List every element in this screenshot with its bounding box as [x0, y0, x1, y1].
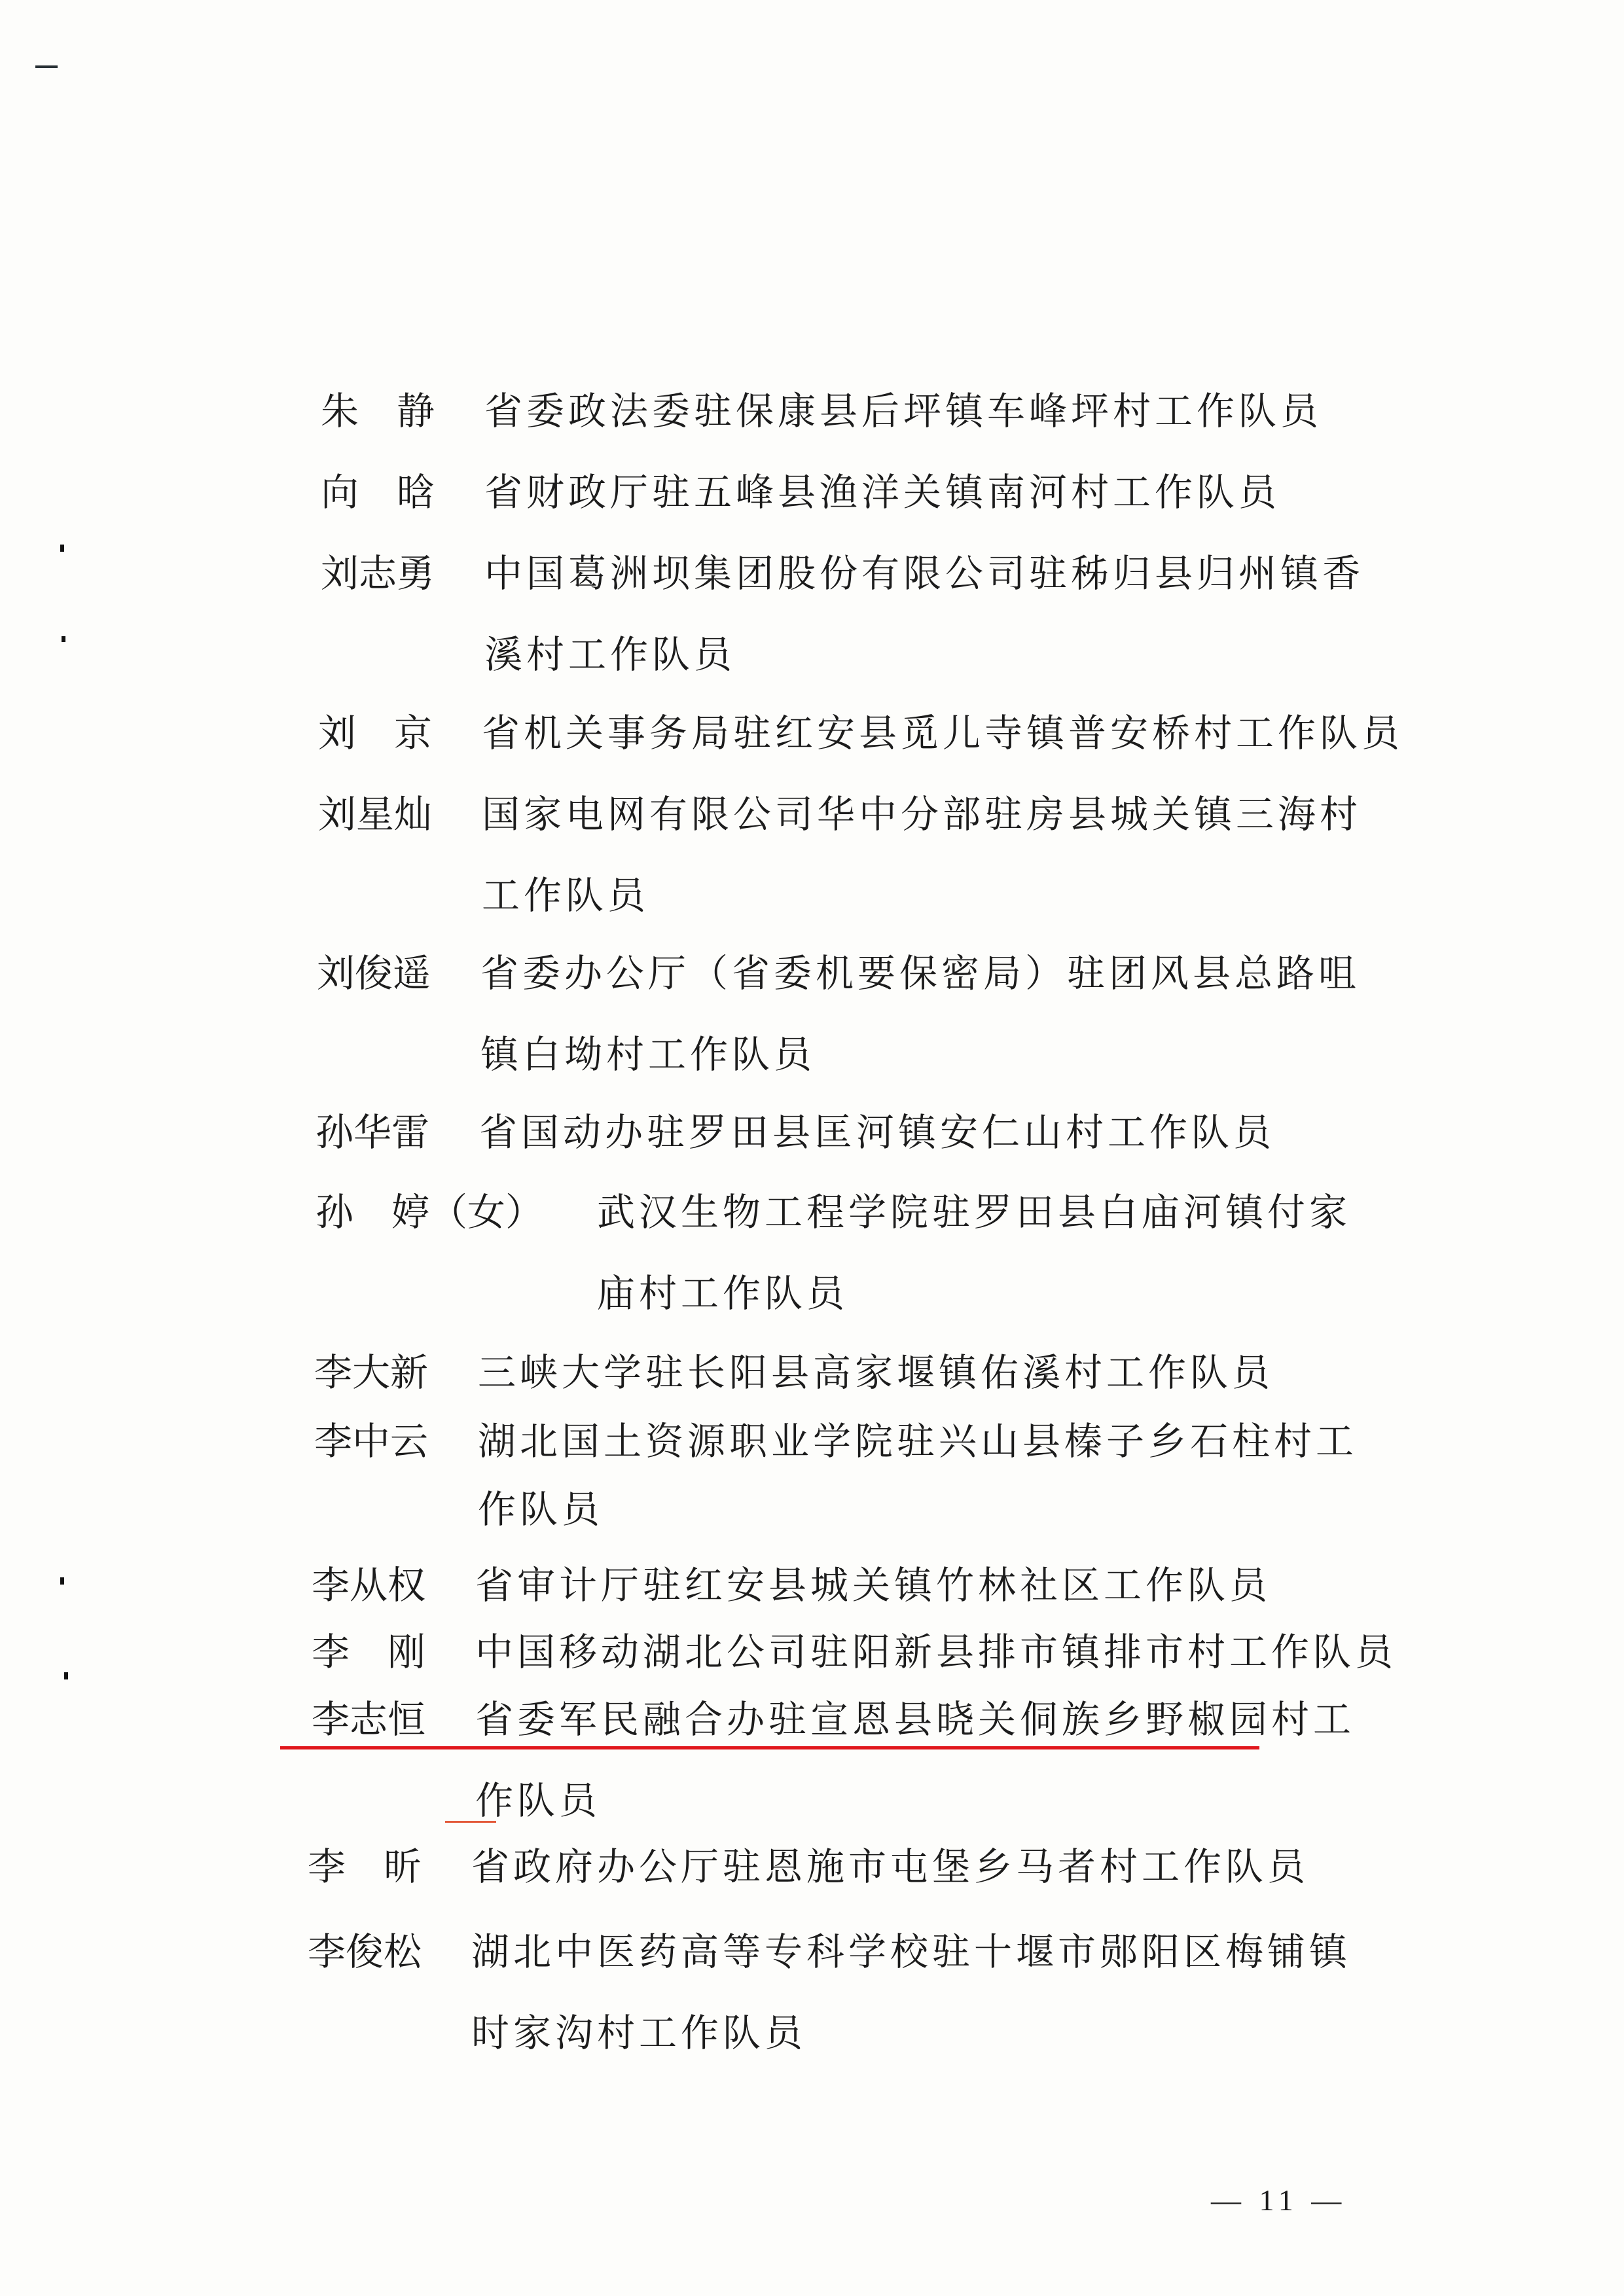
member-list: 朱 静 省委政法委驻保康县后坪镇车峰坪村工作队员 向 晗 省财政厅驻五峰县渔洋关… — [0, 0, 1624, 2296]
member-name: 李 昕 — [308, 1826, 422, 1907]
member-assignment: 省委政法委驻保康县后坪镇车峰坪村工作队员 — [484, 370, 1322, 452]
member-assignment: 湖北国土资源职业学院驻兴山县榛子乡石柱村工 作队员 — [478, 1401, 1358, 1550]
member-assignment: 国家电网有限公司华中分部驻房县城关镇三海村 工作队员 — [482, 774, 1362, 936]
member-name: 刘星灿 — [318, 774, 432, 855]
member-name: 孙 婷（女） — [316, 1172, 543, 1253]
member-assignment: 中国葛洲坝集团股份有限公司驻秭归县归州镇香 溪村工作队员 — [484, 533, 1364, 695]
member-assignment: 省委办公厅（省委机要保密局）驻团风县总路咀 镇白坳村工作队员 — [480, 933, 1360, 1095]
member-assignment: 省机关事务局驻红安县觅儿寺镇普安桥村工作队员 — [482, 692, 1403, 774]
member-name: 李中云 — [314, 1401, 428, 1482]
red-highlight-underline — [280, 1746, 1259, 1749]
member-name: 刘志勇 — [321, 533, 435, 614]
member-name: 向 晗 — [321, 452, 435, 533]
member-name: 孙华雷 — [316, 1092, 429, 1173]
member-assignment: 省国动办驻罗田县匡河镇安仁山村工作队员 — [479, 1092, 1275, 1173]
member-name: 刘俊遥 — [317, 933, 431, 1014]
member-assignment: 武汉生物工程学院驻罗田县白庙河镇付家 庙村工作队员 — [597, 1172, 1351, 1334]
member-assignment: 湖北中医药高等专科学校驻十堰市郧阳区梅铺镇 时家沟村工作队员 — [471, 1911, 1351, 2073]
member-assignment: 省财政厅驻五峰县渔洋关镇南河村工作队员 — [484, 452, 1280, 533]
member-name: 朱 静 — [321, 370, 435, 452]
member-name: 刘 京 — [318, 692, 432, 774]
member-name: 李俊松 — [308, 1911, 422, 1992]
page-number: — 11 — — [1211, 2183, 1346, 2217]
red-highlight-underline-short — [445, 1821, 496, 1823]
member-assignment: 省政府办公厅驻恩施市屯堡乡马者村工作队员 — [471, 1826, 1309, 1907]
member-assignment: 省委军民融合办驻宣恩县晓关侗族乡野椒园村工 作队员 — [475, 1679, 1355, 1841]
